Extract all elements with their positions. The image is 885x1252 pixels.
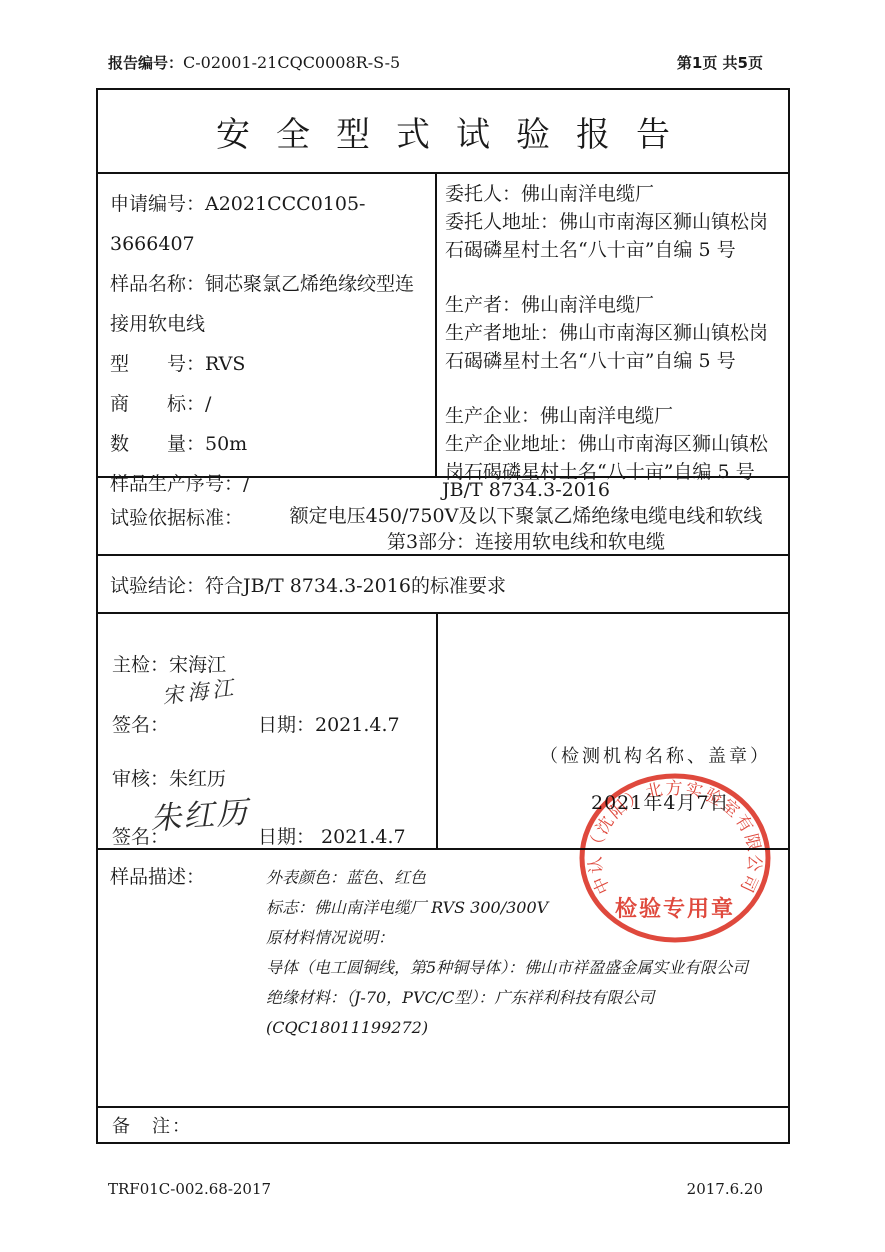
title-row: 安全型式试验报告 [98,90,788,174]
footer-doc-no: TRF01C-002.68-2017 [108,1180,271,1198]
sample-description-label: 样品描述： [98,850,266,1106]
manufacturer-line: 生产企业：佛山南洋电缆厂 [445,402,782,430]
test-conclusion-line: 试验结论：符合JB/T 8734.3-2016的标准要求 [110,571,506,598]
remark-label: 备 注： [112,1112,192,1138]
manufacturer-group: 生产企业：佛山南洋电缆厂 生产企业地址：佛山市南海区狮山镇松岗石碣磷星村土名“八… [445,402,782,486]
standard-line-2: 额定电压450/750V及以下聚氯乙烯绝缘电缆电线和软线 [268,503,784,529]
standard-line-1: JB/T 8734.3-2016 [268,477,784,503]
test-standard-row: 试验依据标准： JB/T 8734.3-2016 额定电压450/750V及以下… [98,478,788,556]
producer-line: 生产者：佛山南洋电缆厂 [445,291,782,319]
quantity-line: 数 量：50m [110,424,425,464]
report-title: 安全型式试验报告 [190,107,696,156]
header-page-indicator: 第1页 共5页 [677,52,763,73]
parties-info-cell: 委托人：佛山南洋电缆厂 委托人地址：佛山市南海区狮山镇松岗石碣磷星村土名“八十亩… [437,174,788,476]
insulation-line: 绝缘材料：（J-70，PVC/C型）：广东祥利科技有限公司 (CQC180111… [266,983,788,1043]
conductor-line: 导体（电工圆铜线，第5种铜导体）：佛山市祥盈盛金属实业有限公司 [266,953,788,983]
inspection-stamp: 中认（沈阳）北方实验室有限公司 检验专用章 [578,772,772,948]
consignor-line: 委托人：佛山南洋电缆厂 [445,180,782,208]
standard-line-3: 第3部分：连接用软电线和软电缆 [268,529,784,555]
consignor-address-line: 委托人地址：佛山市南海区狮山镇松岗石碣磷星村土名“八十亩”自编 5 号 [445,208,782,264]
report-no-label: 报告编号： [108,54,183,72]
report-no-value: C-02001-21CQC0008R-S-5 [183,53,400,72]
remark-row: 备 注： [98,1108,788,1142]
trademark-line: 商 标：/ [110,384,425,424]
reviewer-date: 日期： 2021.4.7 [258,822,406,849]
sample-info-cell: 申请编号：A2021CCC0105-3666407 样品名称：铜芯聚氯乙烯绝缘绞… [98,174,437,476]
consignor-group: 委托人：佛山南洋电缆厂 委托人地址：佛山市南海区狮山镇松岗石碣磷星村土名“八十亩… [445,180,782,264]
test-conclusion-row: 试验结论：符合JB/T 8734.3-2016的标准要求 [98,556,788,614]
producer-address-line: 生产者地址：佛山市南海区狮山镇松岗石碣磷星村土名“八十亩”自编 5 号 [445,319,782,375]
inspector-line: 主检：宋海江 [112,650,226,677]
footer-date: 2017.6.20 [687,1180,763,1198]
report-table: 安全型式试验报告 申请编号：A2021CCC0105-3666407 样品名称：… [96,88,790,1144]
inspector-sign-label: 签名： [112,710,169,737]
seal-caption: （检测机构名称、盖章） [540,742,771,768]
reviewer-signature-handwriting: 朱红历 [149,787,251,839]
reviewer-line: 审核：朱红历 [112,764,226,791]
sample-info-row: 申请编号：A2021CCC0105-3666407 样品名称：铜芯聚氯乙烯绝缘绞… [98,174,788,478]
signoff-cell: 主检：宋海江 签名： 宋海江 日期：2021.4.7 审核：朱红历 签名： 朱红… [98,614,438,848]
inspector-date: 日期：2021.4.7 [258,710,400,737]
report-page: 报告编号：C-02001-21CQC0008R-S-5 第1页 共5页 安全型式… [0,0,885,1252]
producer-group: 生产者：佛山南洋电缆厂 生产者地址：佛山市南海区狮山镇松岗石碣磷星村土名“八十亩… [445,291,782,375]
test-standard-value: JB/T 8734.3-2016 额定电压450/750V及以下聚氯乙烯绝缘电缆… [268,477,788,555]
application-no-line: 申请编号：A2021CCC0105-3666407 [110,184,425,264]
test-standard-label: 试验依据标准： [98,503,268,530]
header-report-no: 报告编号：C-02001-21CQC0008R-S-5 [108,52,400,73]
stamp-center-text: 检验专用章 [615,896,735,922]
inspector-signature-handwriting: 宋海江 [160,672,238,711]
sample-name-line: 样品名称：铜芯聚氯乙烯绝缘绞型连接用软电线 [110,264,425,344]
model-line: 型 号：RVS [110,344,425,384]
